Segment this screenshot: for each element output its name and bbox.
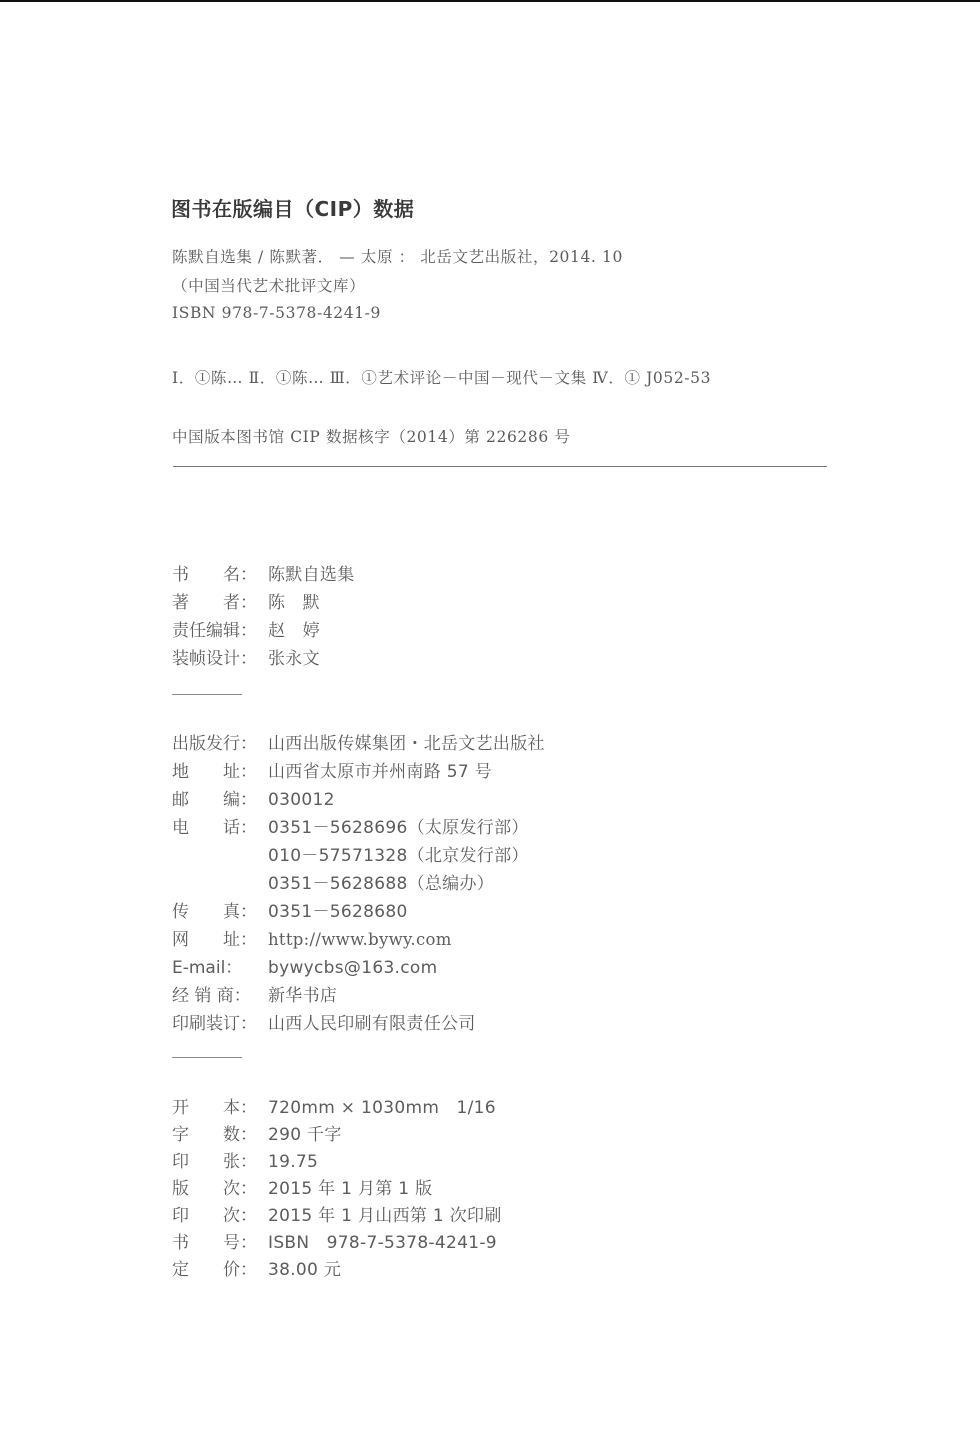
credit-label: 书 名： xyxy=(172,560,268,585)
cip-isbn-line: ISBN 978-7-5378-4241-9 xyxy=(172,304,381,322)
publisher-label: 经 销 商： xyxy=(172,981,268,1006)
credit-value: 赵 婷 xyxy=(268,616,320,641)
publisher-row-phone-beijing: 010－57571328（北京发行部） xyxy=(172,841,529,865)
publisher-value: 0351－5628688（总编办） xyxy=(268,869,494,894)
publisher-row-publisher: 出版发行： 山西出版传媒集团・北岳文艺出版社 xyxy=(172,729,545,753)
publisher-label: 出版发行： xyxy=(172,729,268,754)
spec-label: 字 数： xyxy=(172,1120,268,1145)
spec-label: 版 次： xyxy=(172,1174,268,1199)
spec-row-word-count: 字 数： 290 千字 xyxy=(172,1120,342,1144)
publisher-label: 电 话： xyxy=(172,813,268,838)
spec-label: 印 次： xyxy=(172,1201,268,1226)
cip-series-line: （中国当代艺术批评文库） xyxy=(172,274,365,296)
publisher-row-fax: 传 真： 0351－5628680 xyxy=(172,897,408,921)
credit-row-designer: 装帧设计： 张永文 xyxy=(172,644,320,668)
publisher-value: 山西出版传媒集团・北岳文艺出版社 xyxy=(268,729,545,754)
spec-value: ISBN 978-7-5378-4241-9 xyxy=(268,1228,497,1253)
section-divider xyxy=(172,694,242,695)
publisher-value: 030012 xyxy=(268,790,335,810)
spec-row-price: 定 价： 38.00 元 xyxy=(172,1255,341,1279)
spec-row-format: 开 本： 720mm × 1030mm 1/16 xyxy=(172,1093,496,1117)
credit-label: 著 者： xyxy=(172,588,268,613)
credit-value: 陈默自选集 xyxy=(268,560,355,585)
credit-value: 张永文 xyxy=(268,644,320,669)
credit-label: 责任编辑： xyxy=(172,616,268,641)
publisher-value: 0351－5628680 xyxy=(268,897,408,922)
credit-label: 装帧设计： xyxy=(172,644,268,669)
spec-row-isbn: 书 号： ISBN 978-7-5378-4241-9 xyxy=(172,1228,497,1252)
cip-record-number: 中国版本图书馆 CIP 数据核字（2014）第 226286 号 xyxy=(172,425,570,447)
publisher-label: 网 址： xyxy=(172,925,268,950)
spec-value: 2015 年 1 月第 1 版 xyxy=(268,1174,432,1199)
publisher-row-distributor: 经 销 商： 新华书店 xyxy=(172,981,337,1005)
spec-row-sheets: 印 张： 19.75 xyxy=(172,1147,318,1171)
spec-row-edition: 版 次： 2015 年 1 月第 1 版 xyxy=(172,1174,432,1198)
spec-value: 720mm × 1030mm 1/16 xyxy=(268,1093,496,1118)
publisher-row-postcode: 邮 编： 030012 xyxy=(172,785,335,809)
cip-bibliographic-line: 陈默自选集 / 陈默著． — 太原 ： 北岳文艺出版社，2014. 10 xyxy=(172,245,623,267)
publisher-row-phone: 电 话： 0351－5628696（太原发行部） xyxy=(172,813,529,837)
publisher-label: 传 真： xyxy=(172,897,268,922)
spec-value: 2015 年 1 月山西第 1 次印刷 xyxy=(268,1201,502,1226)
publisher-value: 山西人民印刷有限责任公司 xyxy=(268,1009,476,1034)
credit-row-author: 著 者： 陈 默 xyxy=(172,588,320,612)
publisher-row-website: 网 址： http://www.bywy.com xyxy=(172,925,452,949)
section-divider xyxy=(172,1057,242,1058)
publisher-value: 新华书店 xyxy=(268,981,337,1006)
credit-row-editor: 责任编辑： 赵 婷 xyxy=(172,616,320,640)
publisher-value: 山西省太原市并州南路 57 号 xyxy=(268,757,492,782)
publisher-row-printer: 印刷装订： 山西人民印刷有限责任公司 xyxy=(172,1009,476,1033)
cip-classification-line: Ⅰ．①陈… Ⅱ．①陈… Ⅲ．①艺术评论－中国－现代－文集 Ⅳ．① J052-53 xyxy=(172,366,711,388)
publisher-label: 邮 编： xyxy=(172,785,268,810)
publisher-row-email: E-mail： bywycbs@163.com xyxy=(172,953,437,977)
publisher-email-link[interactable]: bywycbs@163.com xyxy=(268,958,437,978)
publisher-row-phone-editorial: 0351－5628688（总编办） xyxy=(172,869,494,893)
spec-row-printing: 印 次： 2015 年 1 月山西第 1 次印刷 xyxy=(172,1201,502,1225)
spec-label: 印 张： xyxy=(172,1147,268,1172)
publisher-label: 印刷装订： xyxy=(172,1009,268,1034)
publisher-value: 010－57571328（北京发行部） xyxy=(268,841,529,866)
spec-value: 19.75 xyxy=(268,1152,318,1172)
publisher-label: E-mail： xyxy=(172,953,268,978)
publisher-website-link[interactable]: http://www.bywy.com xyxy=(268,930,452,949)
spec-label: 定 价： xyxy=(172,1255,268,1280)
cip-title: 图书在版编目（CIP）数据 xyxy=(171,193,414,222)
credit-value: 陈 默 xyxy=(268,588,320,613)
spec-value: 290 千字 xyxy=(268,1120,342,1145)
cip-divider xyxy=(173,466,827,467)
page-top-border xyxy=(0,0,980,2)
publisher-label: 地 址： xyxy=(172,757,268,782)
spec-label: 书 号： xyxy=(172,1228,268,1253)
publisher-row-address: 地 址： 山西省太原市并州南路 57 号 xyxy=(172,757,492,781)
publisher-value: 0351－5628696（太原发行部） xyxy=(268,813,529,838)
spec-value: 38.00 元 xyxy=(268,1255,341,1280)
credit-row-title: 书 名： 陈默自选集 xyxy=(172,560,355,584)
spec-label: 开 本： xyxy=(172,1093,268,1118)
